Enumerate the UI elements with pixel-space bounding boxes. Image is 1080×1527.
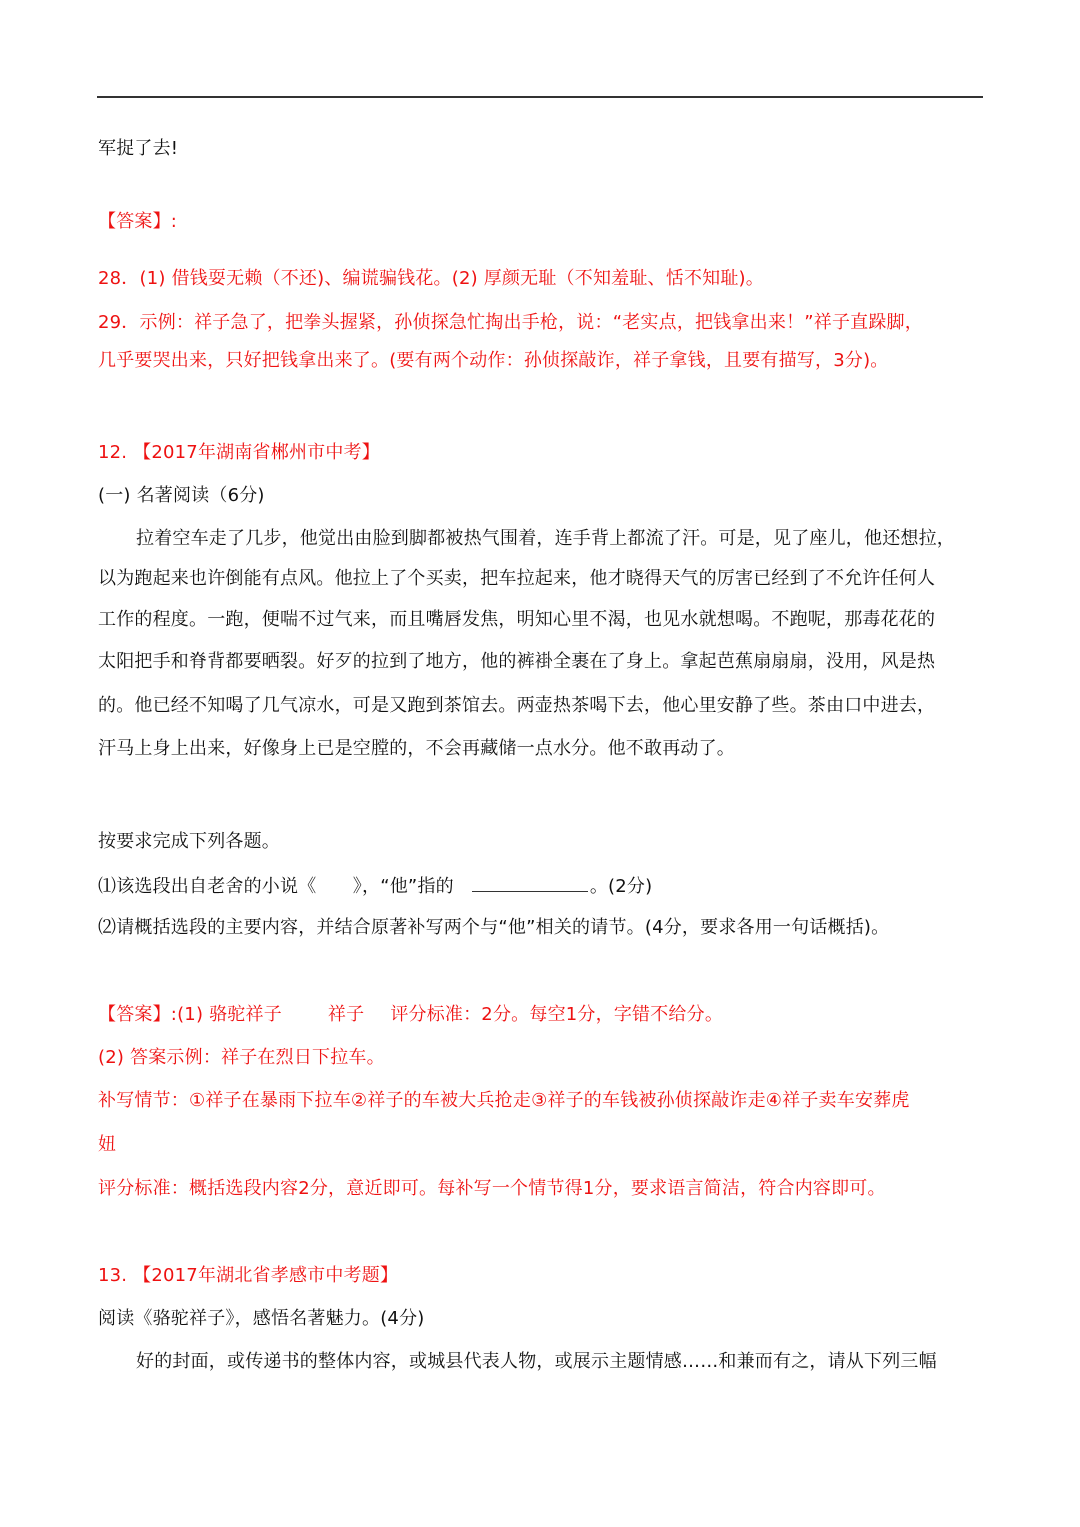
answer-29-line2: 几乎要哭出来，只好把钱拿出来了。(要有两个动作：孙侦探敲诈，祥子拿钱，且要有描写… [98, 349, 889, 373]
instruction-text: 按要求完成下列各题。 [98, 830, 280, 854]
scoring-note: 评分标准：2分。每空1分，字错不给分。 [390, 1004, 723, 1025]
answer-part-1: (1) 骆驼祥子 [177, 1004, 282, 1025]
answer-12-line2: (2) 答案示例：祥子在烈日下拉车。 [98, 1046, 385, 1070]
sub-question-2: ⑵请概括选段的主要内容，并结合原著补写两个与“他”相关的请节。(4分，要求各用一… [98, 916, 889, 940]
answer-12-line1: 【答案】:(1) 骆驼祥子祥子评分标准：2分。每空1分，字错不给分。 [98, 1003, 723, 1027]
answer-label: 【答案】: [98, 1004, 177, 1025]
answer-label: 【答案】: [98, 210, 177, 234]
passage-line-4: 太阳把手和脊背都要晒裂。好歹的拉到了地方，他的裤褂全裹在了身上。拿起芭蕉扇扇扇，… [98, 650, 935, 674]
question-13-heading: 13. 【2017年湖北省孝感市中考题】 [98, 1264, 398, 1288]
header-rule [97, 96, 983, 98]
question-12-heading: 12. 【2017年湖南省郴州市中考】 [98, 441, 380, 465]
passage-line-5: 的。他已经不知喝了几气凉水，可是又跑到茶馆去。两壶热茶喝下去，他心里安静了些。茶… [98, 694, 935, 718]
answer-12-line4: 妞 [98, 1133, 116, 1157]
answer-blank [472, 873, 588, 892]
answer-part-2: 祥子 [328, 1004, 364, 1025]
answer-29-line1: 29．示例：祥子急了，把拳头握紧，孙侦探急忙掏出手枪，说：“老实点，把钱拿出来！… [98, 311, 923, 335]
question-12-subheading: (一) 名著阅读（6分) [98, 484, 265, 508]
answer-28: 28．(1) 借钱耍无赖（不还)、编谎骗钱花。(2) 厚颜无耻（不知羞耻、恬不知… [98, 267, 764, 291]
sub-question-1-suffix: 。(2分) [590, 876, 653, 897]
passage-line-6: 汗马上身上出来，好像身上已是空膛的，不会再藏储一点水分。他不敢再动了。 [98, 737, 735, 761]
answer-12-line3: 补写情节：①祥子在暴雨下拉车②祥子的车被大兵抢走③祥子的车钱被孙侦探敲诈走④祥子… [98, 1089, 910, 1113]
question-13-passage: 好的封面，或传递书的整体内容，或城县代表人物，或展示主题情感……和兼而有之，请从… [136, 1350, 937, 1374]
passage-line-2: 以为跑起来也许倒能有点风。他拉上了个买卖，把车拉起来，他才晓得天气的厉害已经到了… [98, 567, 935, 591]
question-13-subheading: 阅读《骆驼祥子》，感悟名著魅力。(4分) [98, 1307, 425, 1331]
answer-12-line5: 评分标准：概括选段内容2分，意近即可。每补写一个情节得1分，要求语言简洁，符合内… [98, 1177, 886, 1201]
passage-line-1: 拉着空车走了几步，他觉出由脸到脚都被热气围着，连手背上都流了汗。可是，见了座儿，… [136, 527, 955, 551]
sub-question-1: ⑴该选段出自老舍的小说《 》，“他”指的。(2分) [98, 873, 652, 899]
passage-line-3: 工作的程度。一跑，便喘不过气来，而且嘴唇发焦，明知心里不渴，也见水就想喝。不跑呢… [98, 608, 935, 632]
sub-question-1-prefix: ⑴该选段出自老舍的小说《 》，“他”指的 [98, 876, 454, 897]
continuation-text: 军捉了去! [98, 137, 178, 161]
